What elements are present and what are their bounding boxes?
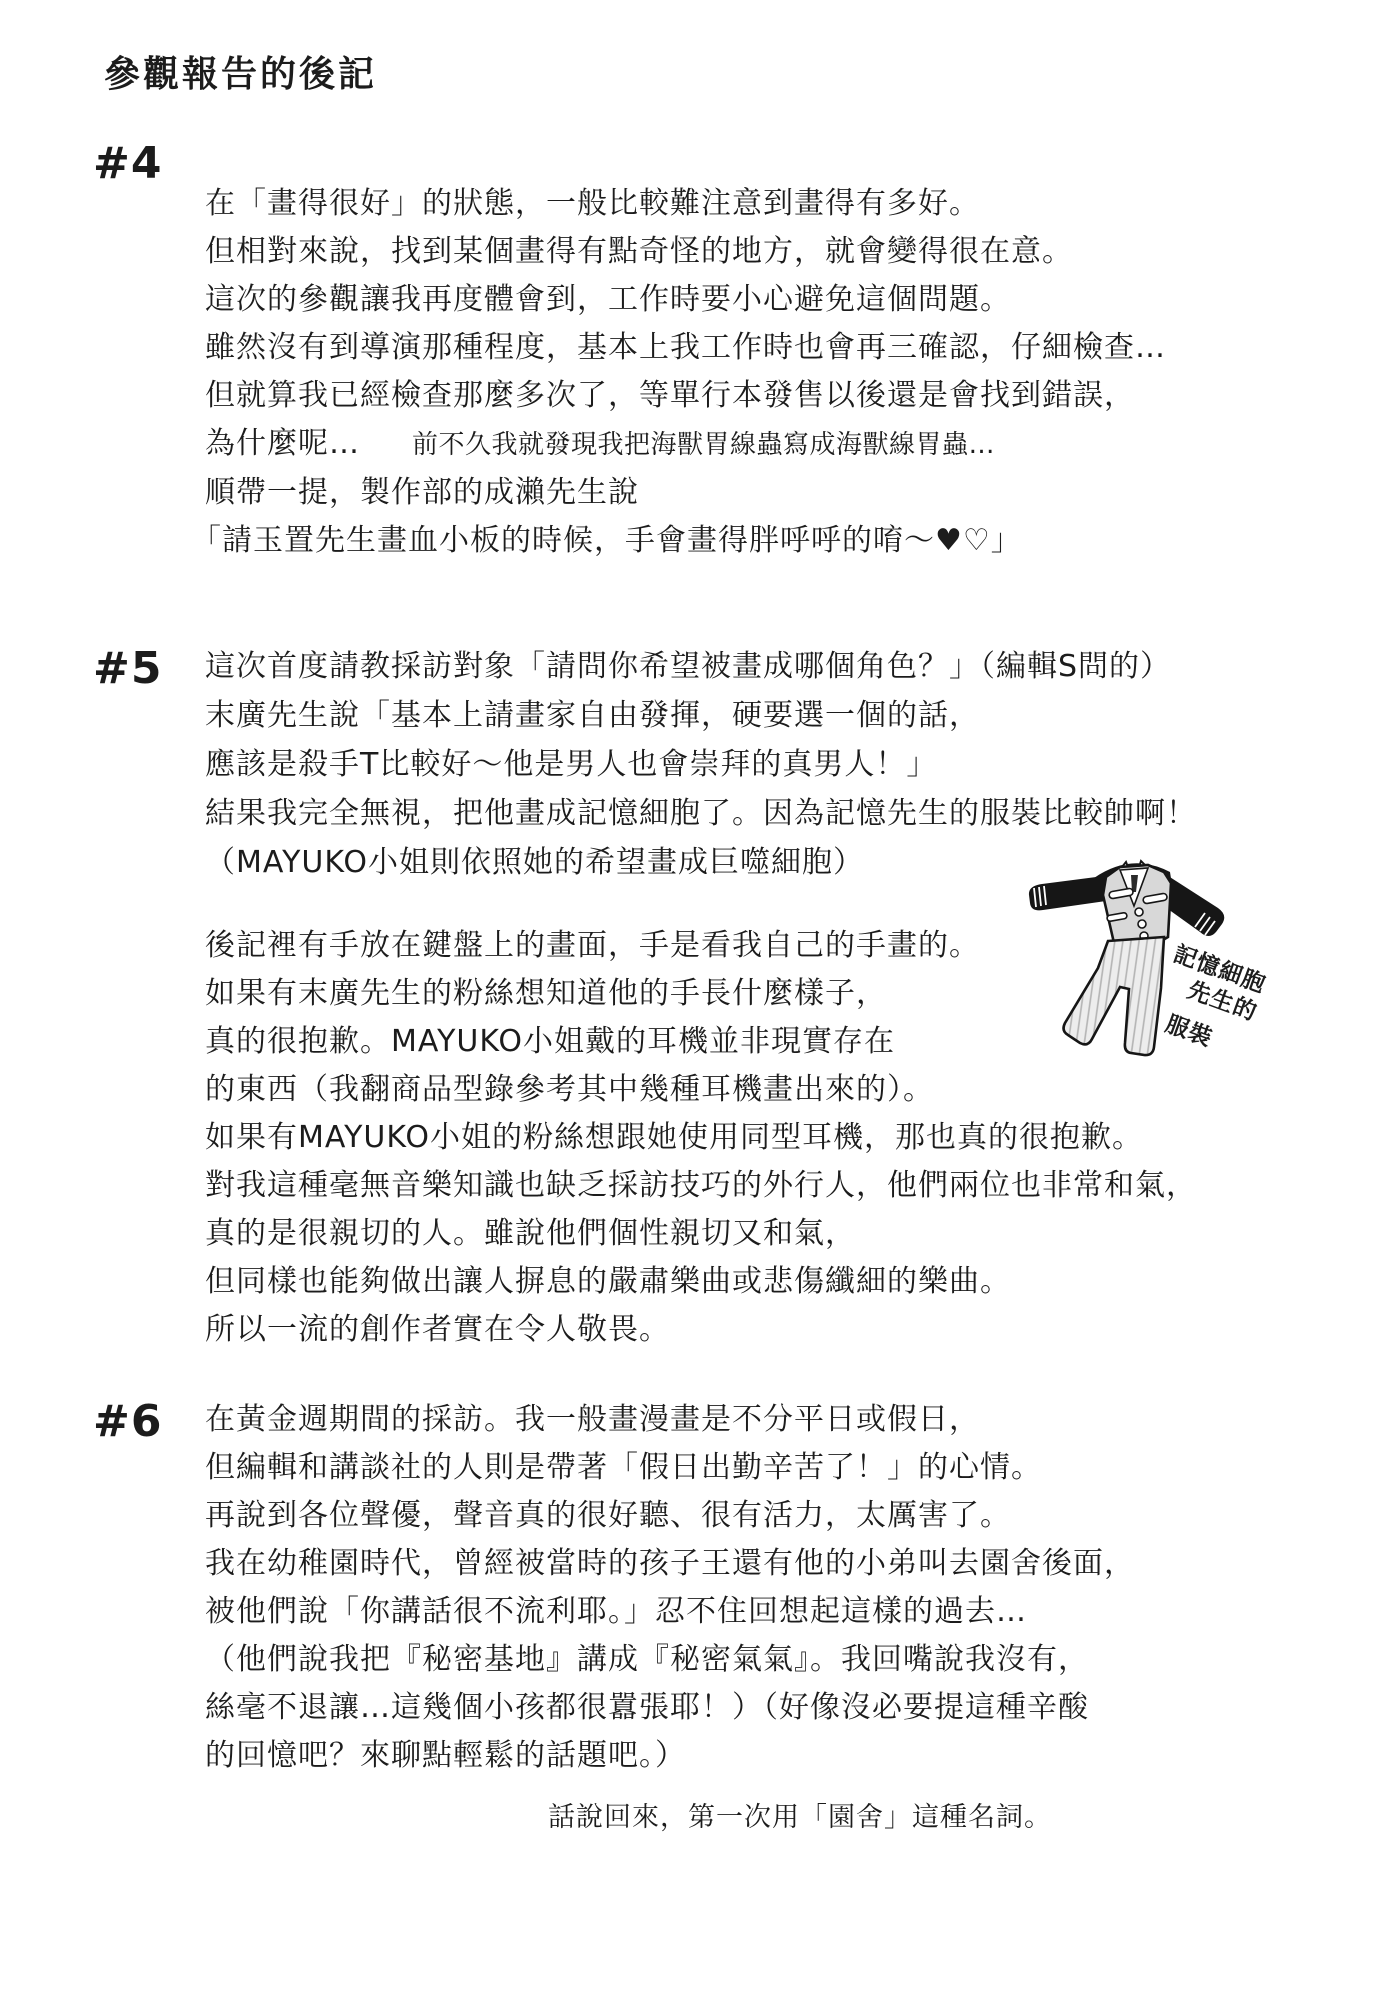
s4-line-4: 雖然沒有到導演那種程度，基本上我工作時也會再三確認，仔細檢查… [205, 324, 1166, 372]
s5-p2-line-6: 對我這種毫無音樂知識也缺乏採訪技巧的外行人，他們兩位也非常和氣， [205, 1162, 1197, 1210]
section-6-text: 在黃金週期間的採訪。我一般畫漫畫是不分平日或假日， 但編輯和講談社的人則是帶著「… [205, 1396, 1135, 1780]
page-title: 參觀報告的後記 [104, 46, 377, 97]
s6-line-4: 我在幼稚園時代，曾經被當時的孩子王還有他的小弟叫去園舍後面， [205, 1540, 1135, 1588]
outfit-drawing: 記憶細胞 先生的 服裝 [1012, 850, 1312, 1095]
s4-line-6: 為什麼呢…前不久我就發現我把海獸胃線蟲寫成海獸線胃蟲… [205, 420, 1166, 469]
s4-line-8: 「請玉置先生畫血小板的時候，手會畫得胖呼呼的唷～♥♡」 [191, 517, 1166, 565]
afterword-page: 參觀報告的後記 #4 在「畫得很好」的狀態，一般比較難注意到畫得有多好。 但相對… [0, 0, 1400, 1989]
section-5-marker: #5 [93, 643, 162, 694]
s6-line-7: 絲毫不退讓…這幾個小孩都很囂張耶！）（好像沒必要提這種辛酸 [205, 1684, 1135, 1732]
s5-p2-line-8: 但同樣也能夠做出讓人摒息的嚴肅樂曲或悲傷纖細的樂曲。 [205, 1258, 1197, 1306]
s6-line-3: 再說到各位聲優，聲音真的很好聽、很有活力，太厲害了。 [205, 1492, 1135, 1540]
s4-line-2: 但相對來說，找到某個畫得有點奇怪的地方，就會變得很在意。 [205, 228, 1166, 276]
pants [1064, 937, 1164, 1055]
s6-line-2: 但編輯和講談社的人則是帶著「假日出勤辛苦了！」的心情。 [205, 1444, 1135, 1492]
outfit-label-line-3: 服裝 [1162, 1011, 1216, 1052]
s4-line-1: 在「畫得很好」的狀態，一般比較難注意到畫得有多好。 [205, 180, 1166, 228]
s5-p2-line-5: 如果有MAYUKO小姐的粉絲想跟她使用同型耳機，那也真的很抱歉。 [205, 1114, 1197, 1162]
s6-line-5: 被他們說「你講話很不流利耶。」忍不住回想起這樣的過去… [205, 1588, 1135, 1636]
s5-p1-line-2: 末廣先生說「基本上請畫家自由發揮，硬要選一個的話， [205, 691, 1197, 740]
s6-line-8: 的回憶吧？來聊點輕鬆的話題吧。） [205, 1732, 1135, 1780]
section-6-footnote: 話說回來，第一次用「園舍」這種名詞。 [548, 1795, 1052, 1834]
s5-p1-line-3: 應該是殺手T比較好～他是男人也會崇拜的真男人！」 [205, 740, 1197, 789]
s5-p1-line-1: 這次首度請教採訪對象「請問你希望被畫成哪個角色？」（編輯S問的） [205, 642, 1197, 691]
s5-p2-line-9: 所以一流的創作者實在令人敬畏。 [205, 1306, 1197, 1354]
s4-line-6-small: 前不久我就發現我把海獸胃線蟲寫成海獸線胃蟲… [412, 430, 995, 460]
s6-line-1: 在黃金週期間的採訪。我一般畫漫畫是不分平日或假日， [205, 1396, 1135, 1444]
s4-line-7: 順帶一提，製作部的成瀨先生說 [205, 469, 1166, 517]
s4-line-5: 但就算我已經檢查那麼多次了，等單行本發售以後還是會找到錯誤， [205, 372, 1166, 420]
s5-p1-line-4: 結果我完全無視，把他畫成記憶細胞了。因為記憶先生的服裝比較帥啊！ [205, 789, 1197, 838]
section-6-marker: #6 [93, 1396, 162, 1447]
section-4-marker: #4 [93, 138, 162, 189]
s6-line-6: （他們說我把『秘密基地』講成『秘密氣氣』。我回嘴說我沒有， [205, 1636, 1135, 1684]
s4-line-6-main: 為什麼呢… [205, 426, 360, 461]
outfit-illustration: 記憶細胞 先生的 服裝 [1012, 850, 1312, 1095]
s4-line-3: 這次的參觀讓我再度體會到，工作時要小心避免這個問題。 [205, 276, 1166, 324]
section-4-text: 在「畫得很好」的狀態，一般比較難注意到畫得有多好。 但相對來說，找到某個畫得有點… [205, 180, 1166, 565]
s5-p2-line-7: 真的是很親切的人。雖說他們個性親切又和氣， [205, 1210, 1197, 1258]
